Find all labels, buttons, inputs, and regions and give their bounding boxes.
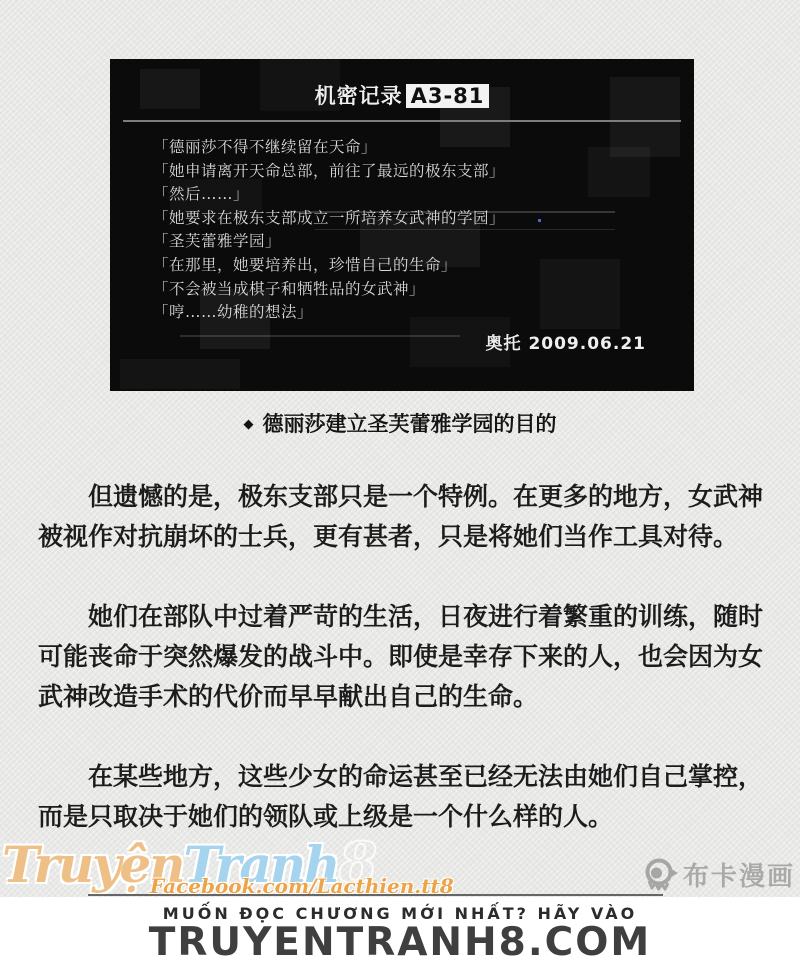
record-quote-line: 「不会被当成棋子和牺牲品的女武神」 [153, 278, 674, 302]
buka-mascot-icon [642, 857, 678, 893]
record-quote-line: 「德丽莎不得不继续留在天命」 [153, 136, 674, 160]
panel-caption-text: 德丽莎建立圣芙蕾雅学园的目的 [263, 412, 557, 436]
footer-divider [88, 894, 663, 896]
narration-text: 但遗憾的是，极东支部只是一个特例。在更多的地方，女武神被视作对抗崩坏的士兵，更有… [38, 477, 764, 877]
record-quote-line: 「圣芙蕾雅学园」 [153, 230, 674, 254]
translator-watermark: TruyệnTranh8 Facebook.com/Lacthien.tt8 [2, 830, 402, 900]
record-quote-line: 「在那里，她要培养出，珍惜自己的生命」 [153, 254, 674, 278]
diamond-bullet-icon: ◆ [244, 417, 254, 432]
narration-paragraph: 但遗憾的是，极东支部只是一个特例。在更多的地方，女武神被视作对抗崩坏的士兵，更有… [38, 477, 764, 557]
record-quote-line: 「然后……」 [153, 183, 674, 207]
publisher-name: 布卡漫画 [683, 856, 795, 893]
panel-caption: ◆德丽莎建立圣芙蕾雅学园的目的 [0, 408, 800, 438]
record-quote-line: 「哼……幼稚的想法」 [153, 301, 674, 325]
footer-banner: MUỐN ĐỌC CHƯƠNG MỚI NHẤT? HÃY VÀO TRUYEN… [0, 897, 800, 969]
record-quote-line: 「她要求在极东支部成立一所培养女武神的学园」 [153, 207, 674, 231]
record-title: 机密记录A3-81 [110, 59, 694, 110]
narration-paragraph: 在某些地方，这些少女的命运甚至已经无法由她们自己掌控，而是只取决于她们的领队或上… [38, 757, 764, 837]
narration-paragraph: 她们在部队中过着严苛的生活，日夜进行着繁重的训练，随时可能丧命于突然爆发的战斗中… [38, 597, 764, 717]
record-code-badge: A3-81 [406, 84, 490, 108]
record-title-text: 机密记录 [315, 84, 403, 108]
comic-page: 机密记录A3-81 「德丽莎不得不继续留在天命」「她申请离开天命总部，前往了最远… [0, 0, 800, 969]
title-divider [123, 120, 681, 122]
record-signature: 奥托 2009.06.21 [486, 329, 646, 354]
footer-site-name: TRUYENTRANH8.COM [0, 920, 800, 965]
record-quote-list: 「德丽莎不得不继续留在天命」「她申请离开天命总部，前往了最远的极东支部」「然后…… [153, 136, 674, 325]
record-quote-line: 「她申请离开天命总部，前往了最远的极东支部」 [153, 160, 674, 184]
publisher-logo: 布卡漫画 [642, 856, 795, 893]
classified-record-panel: 机密记录A3-81 「德丽莎不得不继续留在天命」「她申请离开天命总部，前往了最远… [110, 59, 694, 391]
